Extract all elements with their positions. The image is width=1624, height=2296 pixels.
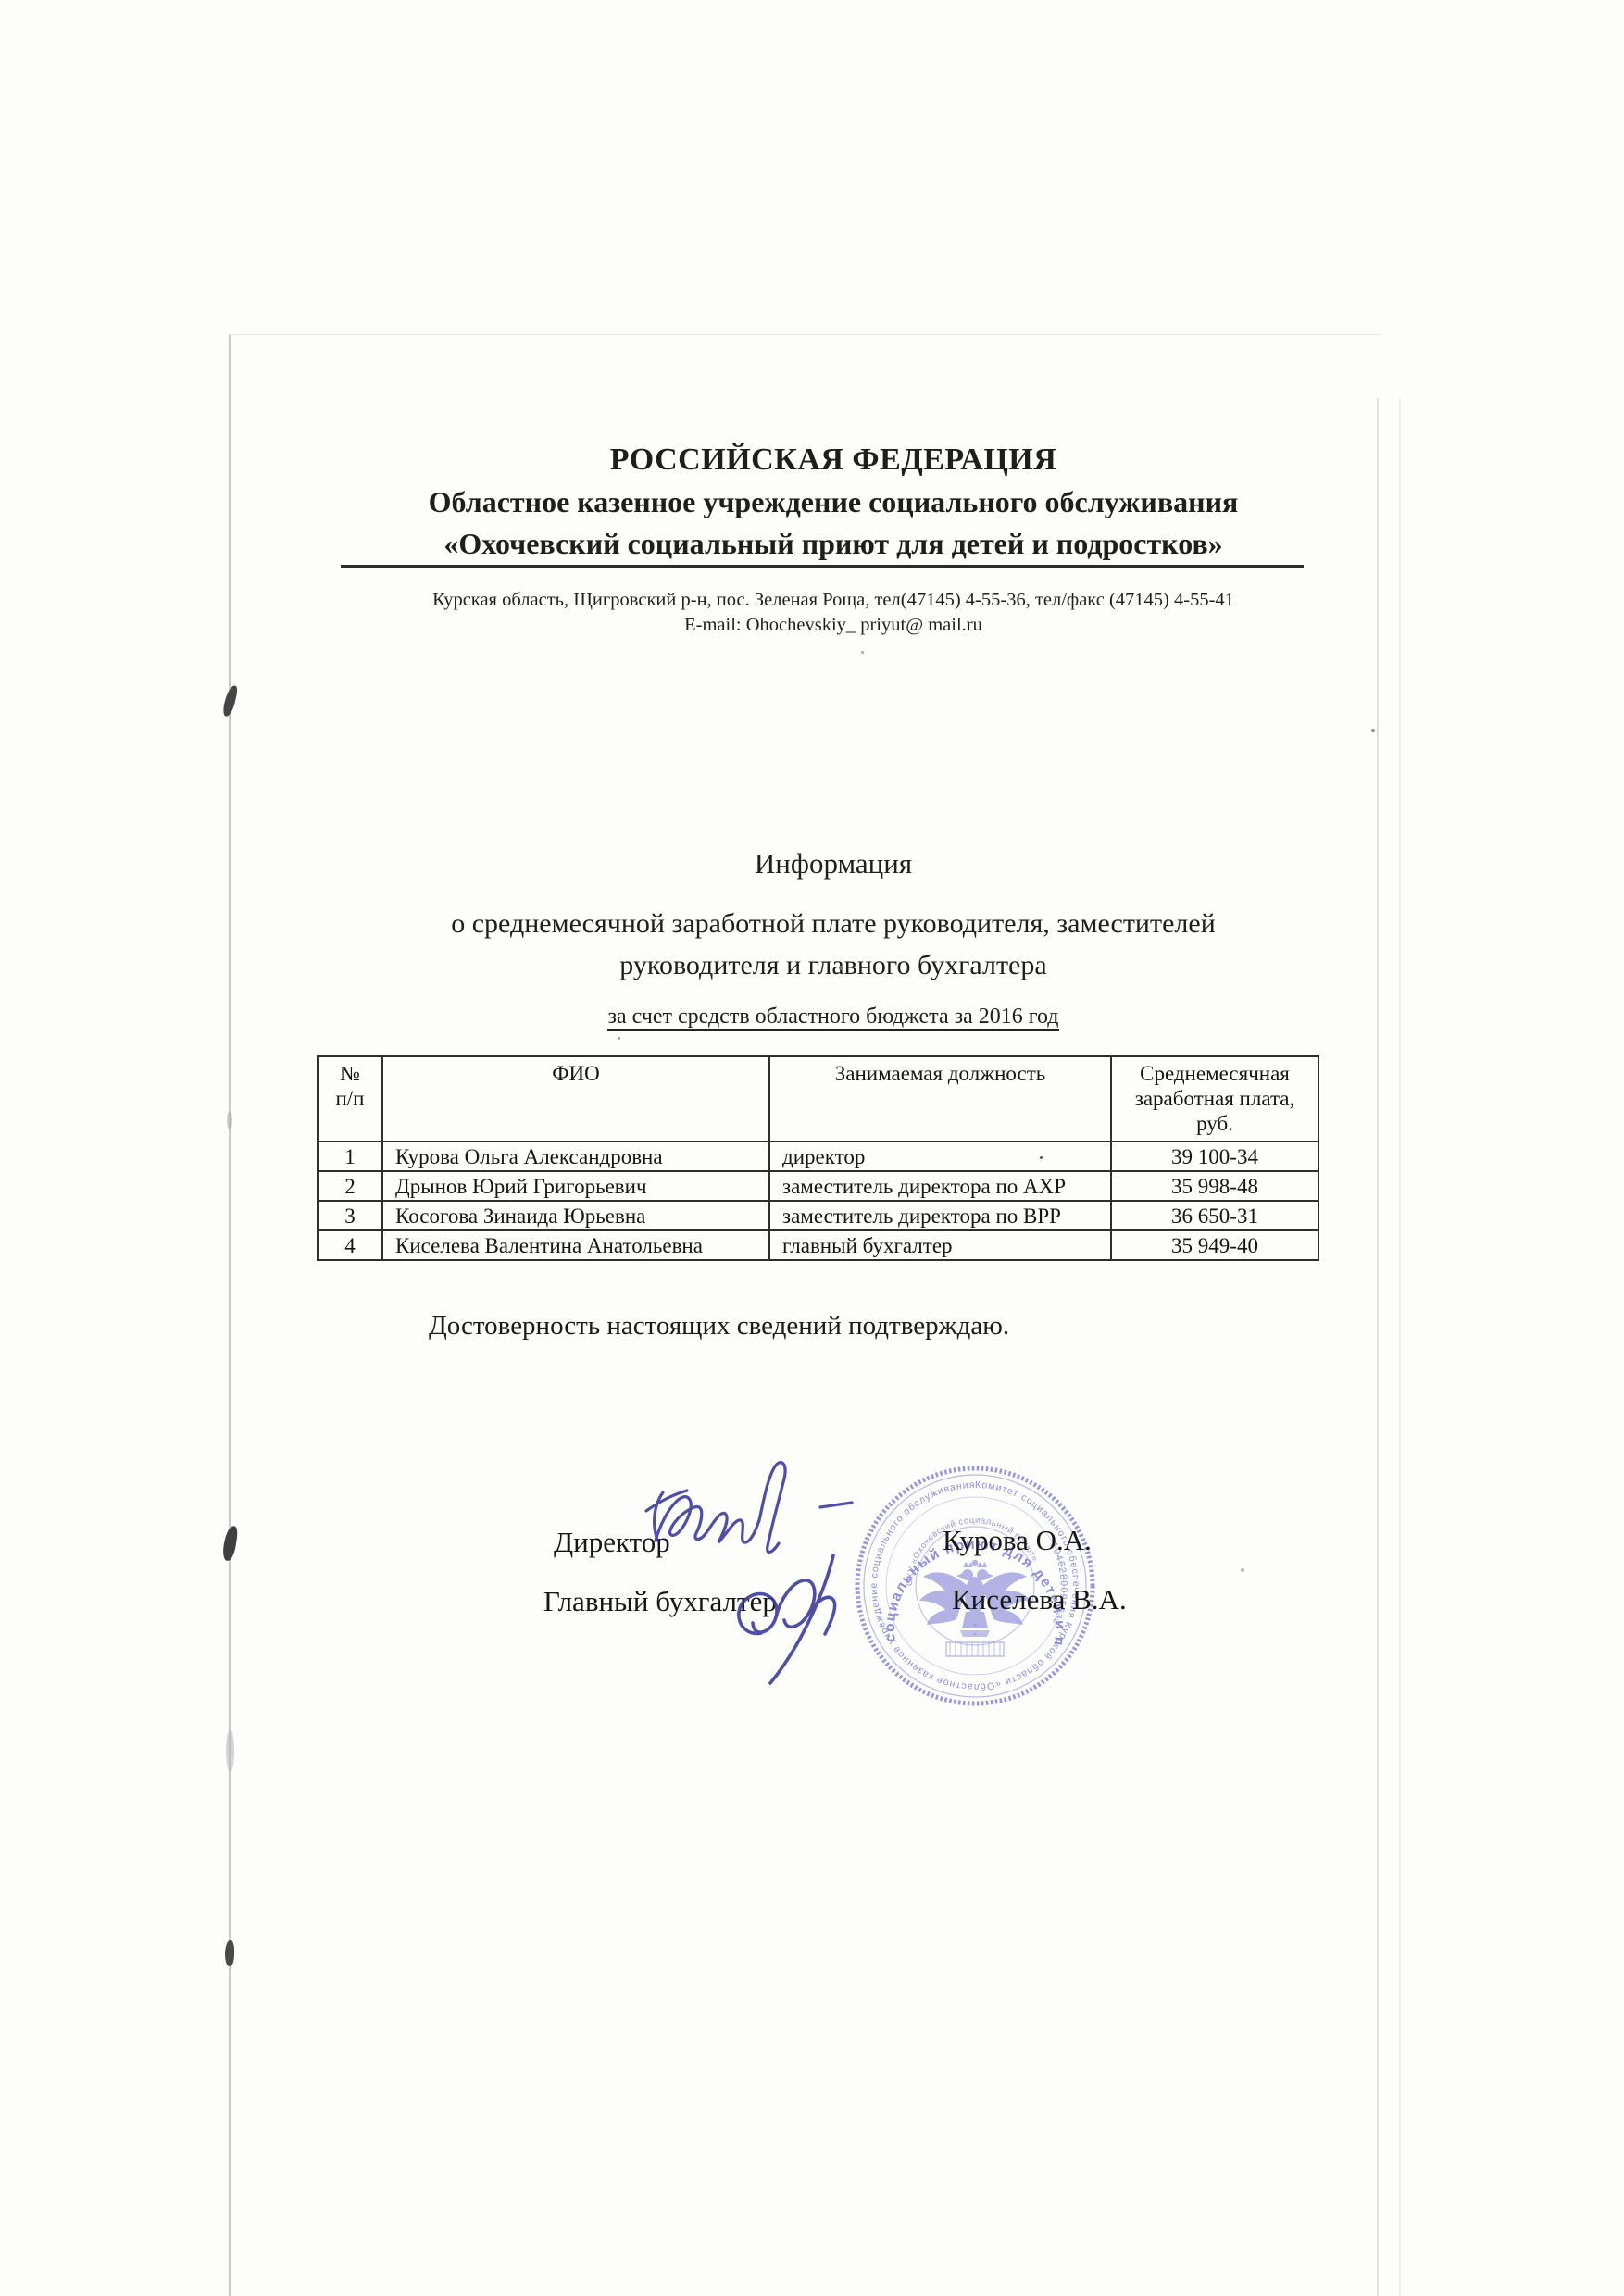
table-row: 2 Дрынов Юрий Григорьевич заместитель ди… bbox=[318, 1171, 1318, 1201]
col-header-salary-line2: заработная плата, bbox=[1112, 1086, 1318, 1111]
letterhead-divider bbox=[341, 565, 1304, 568]
signature-name-director: Курова О.А. bbox=[943, 1524, 1092, 1557]
col-header-num: № п/п bbox=[318, 1056, 382, 1142]
col-header-num-line2: п/п bbox=[319, 1086, 381, 1111]
cell-salary: 35 998-48 bbox=[1111, 1171, 1318, 1201]
cell-num: 1 bbox=[318, 1142, 382, 1171]
col-header-position: Занимаемая должность bbox=[769, 1056, 1111, 1142]
stamp-bottom-asterisks: * bbox=[973, 1622, 978, 1631]
salary-table: № п/п ФИО Занимаемая должность Среднемес… bbox=[317, 1055, 1319, 1261]
cell-fio: Киселева Валентина Анатольевна bbox=[382, 1230, 769, 1260]
table-row: 4 Киселева Валентина Анатольевна главный… bbox=[318, 1230, 1318, 1260]
info-subtitle-line2: руководителя и главного бухгалтера bbox=[315, 950, 1352, 981]
org-email: E-mail: Ohochevskiy_ priyut@ mail.ru bbox=[315, 615, 1352, 636]
cell-fio: Косогова Зинаида Юрьевна bbox=[382, 1201, 769, 1230]
staple-mark bbox=[221, 1525, 238, 1561]
page-left-edge bbox=[229, 335, 231, 2296]
col-header-salary: Среднемесячная заработная плата, руб. bbox=[1111, 1056, 1318, 1142]
table-row: 3 Косогова Зинаида Юрьевна заместитель д… bbox=[318, 1201, 1318, 1230]
org-name-line: «Охочевский социальный приют для детей и… bbox=[315, 527, 1352, 561]
budget-period-text: за счет средств областного бюджета за 20… bbox=[607, 1004, 1058, 1031]
cell-num: 3 bbox=[318, 1201, 382, 1230]
page-right-edge-outer bbox=[1399, 398, 1401, 2296]
table-row: 1 Курова Ольга Александровна директор 39… bbox=[318, 1142, 1318, 1171]
info-subtitle-line1: о среднемесячной заработной плате руково… bbox=[315, 908, 1352, 940]
page-top-edge bbox=[229, 334, 1381, 335]
cell-num: 4 bbox=[318, 1230, 382, 1260]
cell-salary: 35 949-40 bbox=[1111, 1230, 1318, 1260]
stamp-bottom-asterisks: * bbox=[973, 1631, 978, 1641]
scan-speck bbox=[1371, 729, 1375, 732]
page-right-edge bbox=[1377, 398, 1379, 2296]
staple-mark bbox=[222, 684, 239, 717]
scan-speck bbox=[1040, 1156, 1043, 1159]
cell-salary: 36 650-31 bbox=[1111, 1201, 1318, 1230]
signature-name-accountant: Киселева В.А. bbox=[952, 1583, 1127, 1616]
col-header-salary-line3: руб. bbox=[1112, 1111, 1318, 1136]
confirmation-statement: Достоверность настоящих сведений подтвер… bbox=[429, 1311, 1009, 1341]
cell-position: заместитель директора по АХР bbox=[769, 1171, 1111, 1201]
cell-position: заместитель директора по ВРР bbox=[769, 1201, 1111, 1230]
org-address: Курская область, Щигровский р-н, пос. Зе… bbox=[315, 590, 1352, 611]
budget-period-line: за счет средств областного бюджета за 20… bbox=[315, 1004, 1352, 1029]
cell-fio: Курова Ольга Александровна bbox=[382, 1142, 769, 1171]
staple-mark bbox=[227, 1111, 232, 1129]
scan-speck bbox=[618, 1037, 620, 1040]
col-header-salary-line1: Среднемесячная bbox=[1112, 1061, 1318, 1086]
scan-speck bbox=[1241, 1568, 1244, 1572]
cell-position: главный бухгалтер bbox=[769, 1230, 1111, 1260]
col-header-num-line1: № bbox=[319, 1061, 381, 1086]
scan-speck bbox=[861, 651, 864, 654]
staple-mark bbox=[226, 1729, 234, 1772]
staple-mark bbox=[225, 1940, 234, 1966]
stamp-bottom-banner bbox=[946, 1642, 1004, 1656]
cell-salary: 39 100-34 bbox=[1111, 1142, 1318, 1171]
country-title: РОССИЙСКАЯ ФЕДЕРАЦИЯ bbox=[315, 443, 1352, 478]
cell-position: директор bbox=[769, 1142, 1111, 1171]
info-title: Информация bbox=[315, 847, 1352, 880]
org-type-line: Областное казенное учреждение социальног… bbox=[315, 485, 1352, 519]
scan-speck bbox=[839, 966, 843, 970]
scanned-document-page: РОССИЙСКАЯ ФЕДЕРАЦИЯ Областное казенное … bbox=[0, 0, 1624, 2296]
salary-table-header-row: № п/п ФИО Занимаемая должность Среднемес… bbox=[318, 1056, 1318, 1142]
cell-fio: Дрынов Юрий Григорьевич bbox=[382, 1171, 769, 1201]
accountant-signature-ink bbox=[720, 1529, 915, 1691]
cell-num: 2 bbox=[318, 1171, 382, 1201]
col-header-fio: ФИО bbox=[382, 1056, 769, 1142]
